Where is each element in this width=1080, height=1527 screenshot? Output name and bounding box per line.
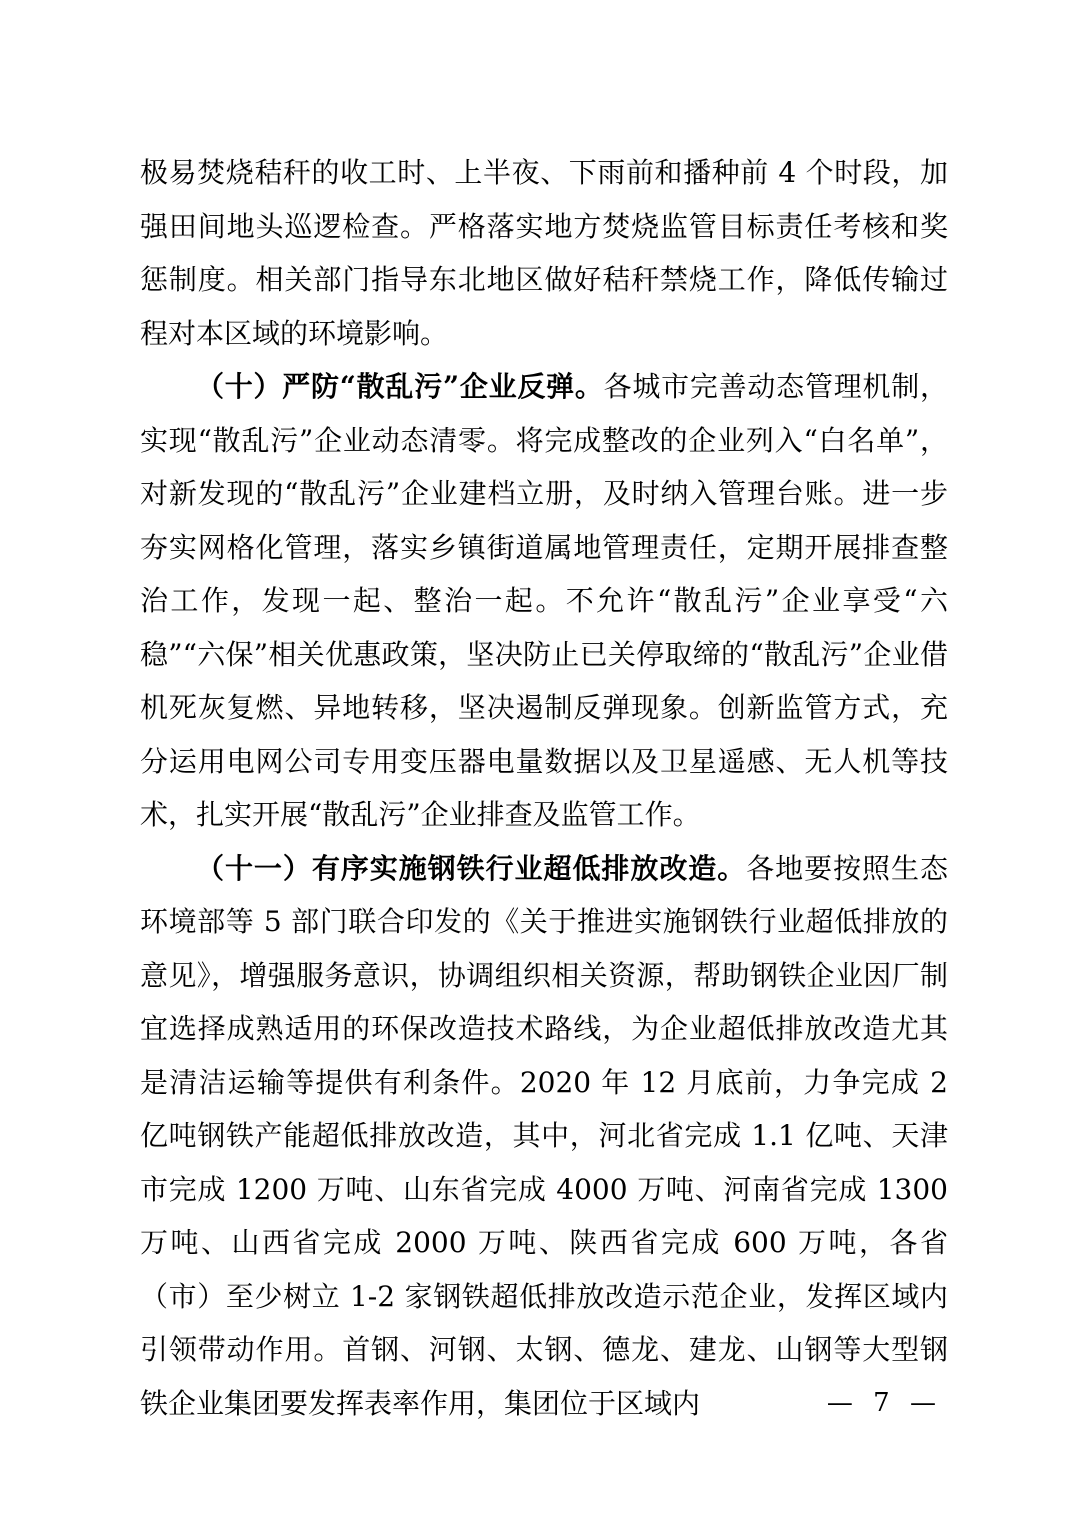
section-10-heading: （十）严防“散乱污”企业反弹。: [196, 370, 604, 403]
page-number: — 7 —: [827, 1388, 942, 1418]
document-page: 极易焚烧秸秆的收工时、上半夜、下雨前和播种前 4 个时段，加强田间地头巡逻检查。…: [0, 0, 1080, 1527]
paragraph-section-10: （十）严防“散乱污”企业反弹。各城市完善动态管理机制，实现“散乱污”企业动态清零…: [140, 360, 948, 842]
section-11-heading: （十一）有序实施钢铁行业超低排放改造。: [196, 852, 746, 885]
body-text: 极易焚烧秸秆的收工时、上半夜、下雨前和播种前 4 个时段，加强田间地头巡逻检查。…: [140, 146, 948, 1430]
paragraph-text: 各城市完善动态管理机制，实现“散乱污”企业动态清零。将完成整改的企业列入“白名单…: [140, 370, 948, 831]
paragraph-text: 各地要按照生态环境部等 5 部门联合印发的《关于推进实施钢铁行业超低排放的意见》…: [140, 852, 948, 1420]
paragraph-continuation: 极易焚烧秸秆的收工时、上半夜、下雨前和播种前 4 个时段，加强田间地头巡逻检查。…: [140, 146, 948, 360]
paragraph-section-11: （十一）有序实施钢铁行业超低排放改造。各地要按照生态环境部等 5 部门联合印发的…: [140, 842, 948, 1431]
paragraph-text: 极易焚烧秸秆的收工时、上半夜、下雨前和播种前 4 个时段，加强田间地头巡逻检查。…: [140, 156, 948, 350]
